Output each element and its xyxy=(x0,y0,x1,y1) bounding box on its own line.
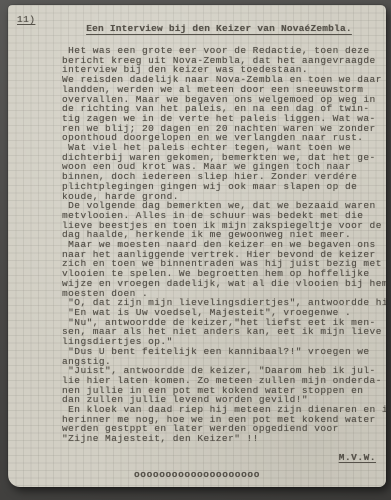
footer-ornament: oooooooooooooooooooo xyxy=(8,469,386,480)
document-title: Een Interview bij den Keizer van NovaéZe… xyxy=(62,23,376,34)
page-number: 11) xyxy=(17,14,35,25)
body-text: Het was een grote eer voor de Redactie, … xyxy=(62,46,386,446)
document-page: 11) Een Interview bij den Keizer van Nov… xyxy=(8,5,386,487)
text-line: "Zijne Majesteit, den Keizer" !! xyxy=(62,434,386,444)
scan-background: 11) Een Interview bij den Keizer van Nov… xyxy=(0,0,391,500)
signature-initials: M.V.W. xyxy=(339,452,376,463)
